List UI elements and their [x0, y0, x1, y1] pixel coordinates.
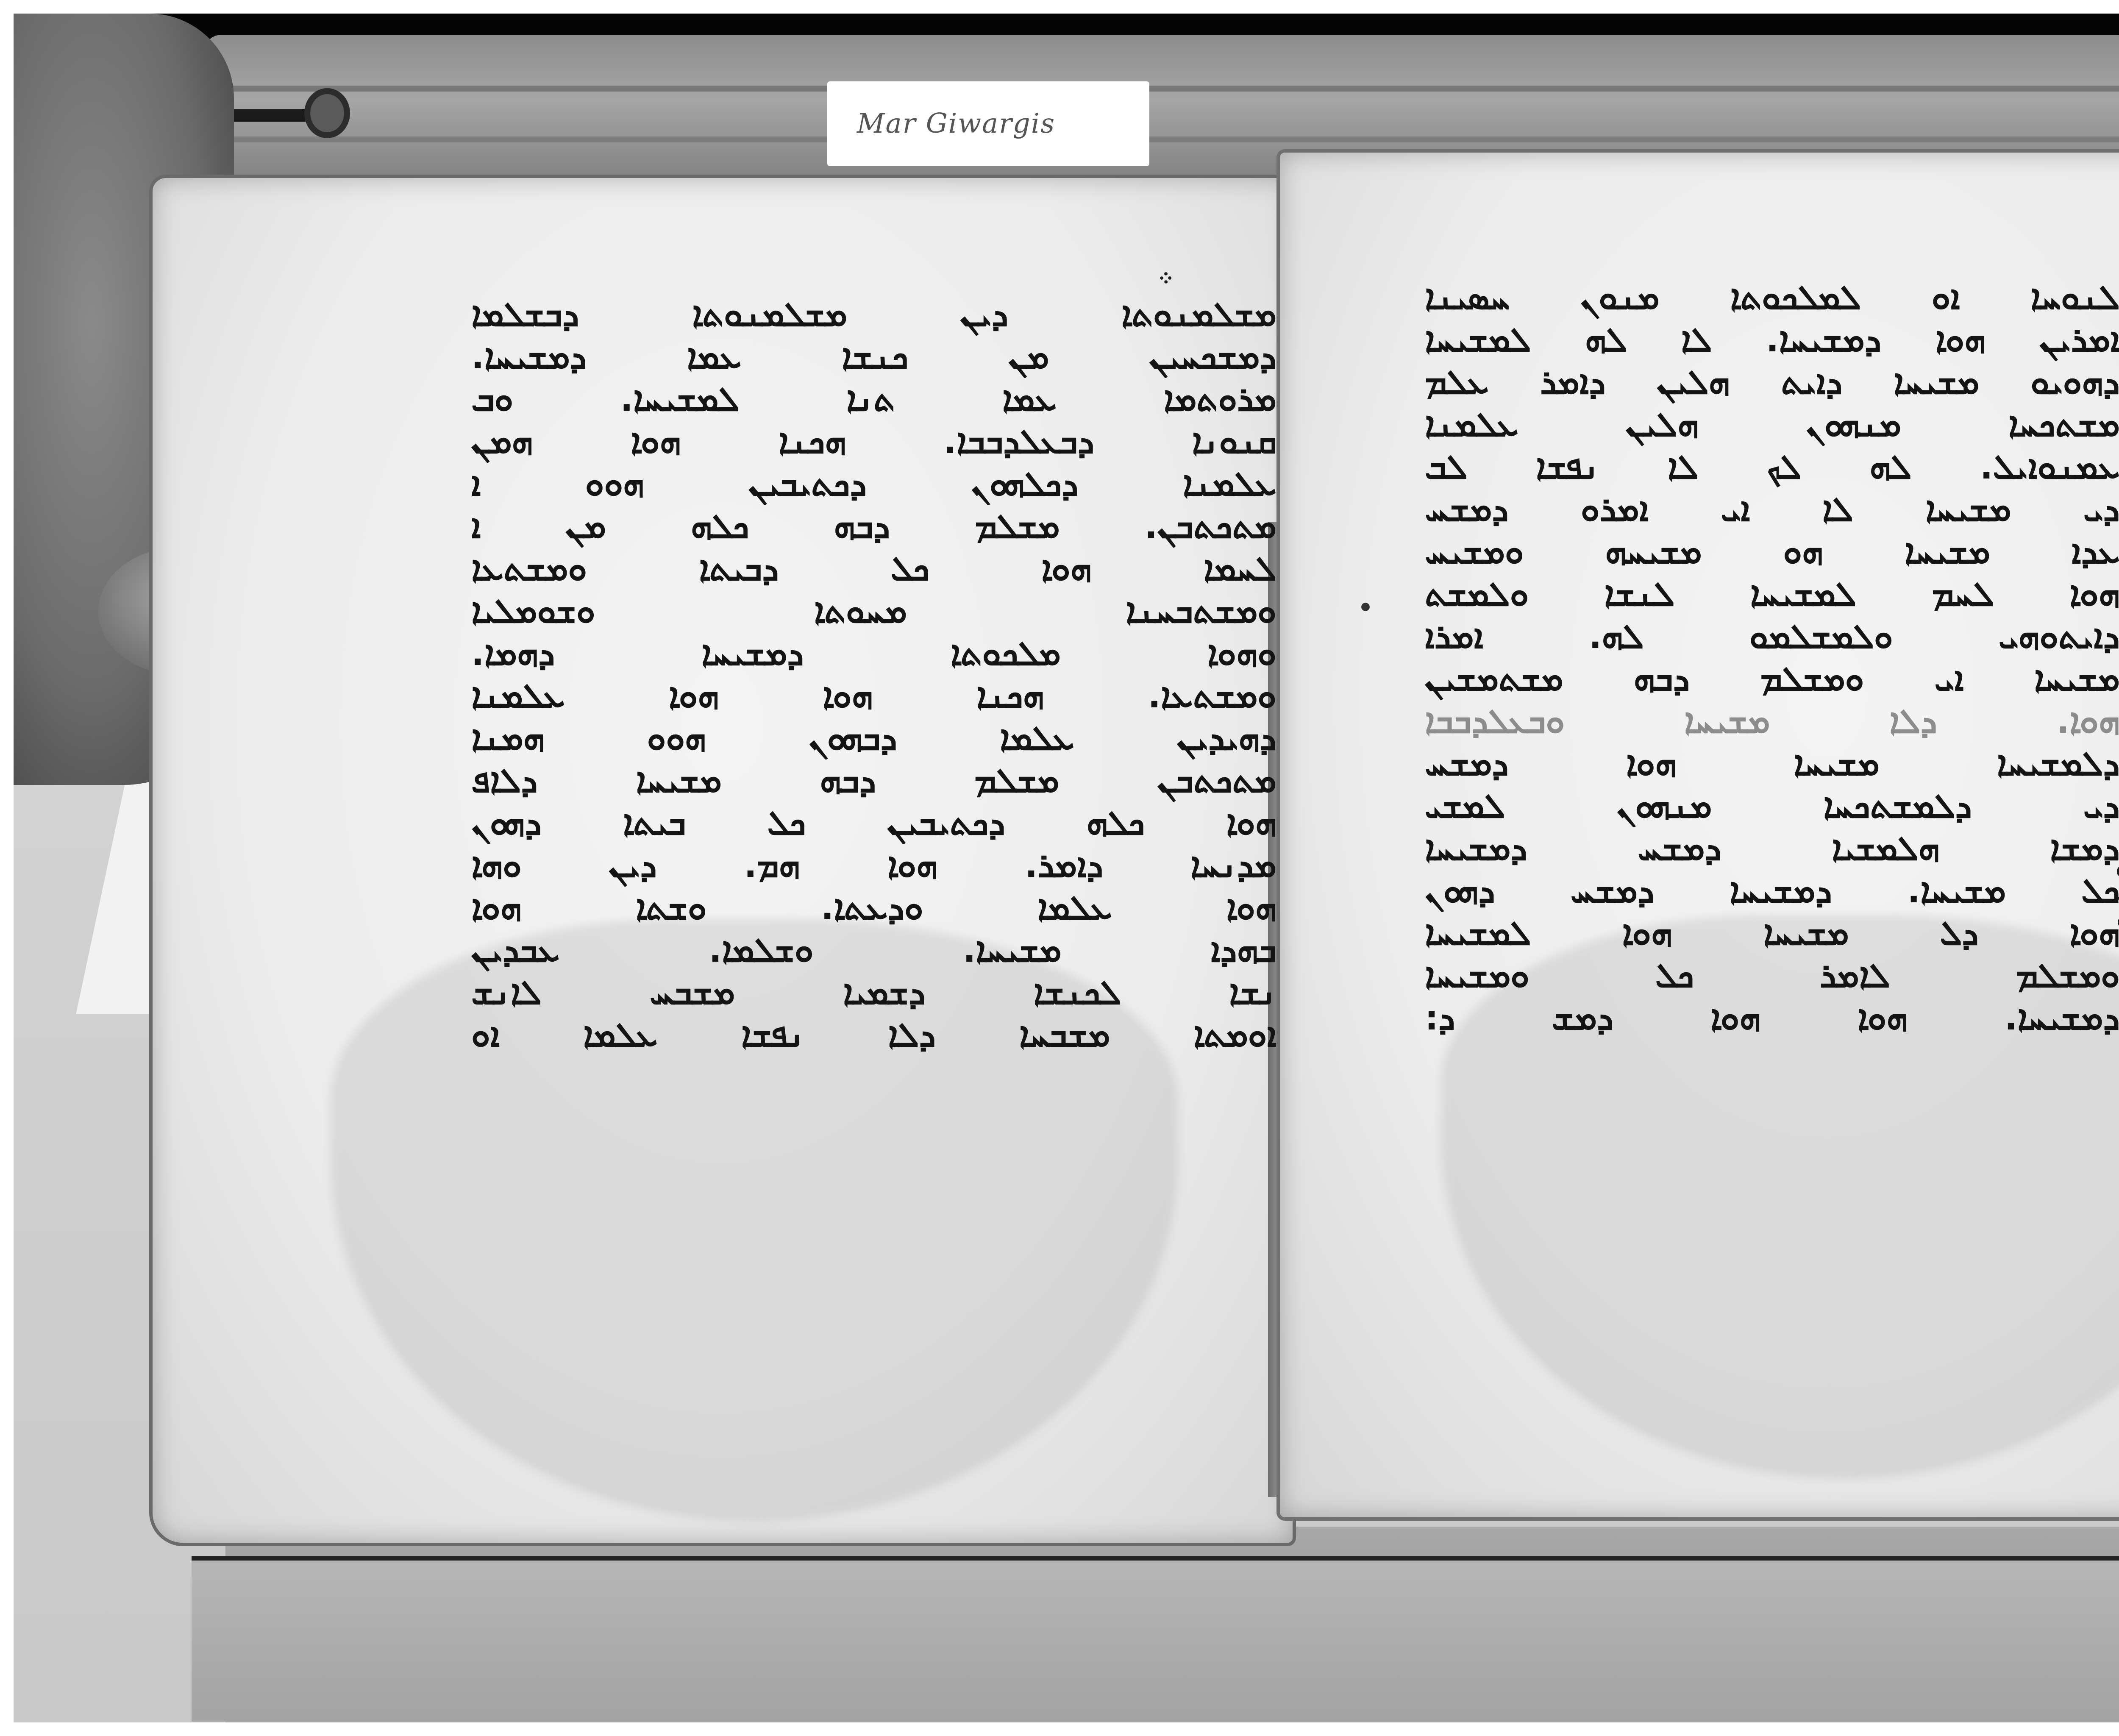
shelf-label: Mar Giwargis	[827, 81, 1149, 166]
text-line: ܩܢܘܢܐ ܕܒܥܠܕܒܒܐ. ܗܟܢܐ ܗܘܐ ܗܡܢ	[471, 420, 1276, 463]
ink-spot	[1361, 603, 1370, 611]
right-page-text: ܠܢܘܚܐ ܐܘ ܠܡܠܟܘܬܐ ܡܢܘܢ ܚܣܝܢܐ ܐܡܪܝܢ ܗܘܐ ܕܡ…	[1425, 276, 2119, 1039]
text-line: ܡܫܝܚܐ ܐܝ ܘܡܫܠܡ ܕܒܗ ܡܫܬܡܫܝܢ	[1425, 658, 2119, 700]
text-line: ܥܠܡܢܐ ܕܟܠܗܘܢ ܕܟܬܝܒܝܢ ܗܘܘ ܐ	[471, 463, 1276, 505]
text-line: ܥܕܐ ܡܫܝܚܐ ܗܘ ܡܫܝܚܗ ܘܡܫܝܚ	[1425, 531, 2119, 573]
text-line: ܕܡܫܐ ܗܠܡܫܝܐ ܕܡܫܚ ܕܡܫܝܚܐ	[1425, 827, 2119, 870]
text-line: ܡܬܟܬܒܢ ܡܫܠܡ ܕܒܗ ܡܫܝܚܐ ܕܠܐܦ	[471, 759, 1276, 802]
nail-head	[310, 94, 344, 132]
text-line: ܡܫܠܡܢܘܬܐ ܕܝܢ ܡܫܠܡܢܘܬܐ ܕܒܫܠܡܐ	[471, 293, 1276, 336]
text-line: ܘܡܫܬܥܐ. ܗܟܢܐ ܗܘܐ ܗܘܐ ܥܠܡܢܐ	[471, 675, 1276, 717]
text-line: ܠܚܡܐ ܗܘܐ ܟܠ ܕܒܝܬܐ ܘܡܫܬܥܐ	[471, 548, 1276, 590]
text-line: ܡܫܬܟܚܐ ܡܢܗܘܢ ܗܠܝܢ ܥܠܡܢܐ	[1425, 403, 2119, 446]
text-line: ܥܡܢܘܐܝܠ. ܠܗ ܠܟ ܠܐ ܢܦܫܐ ܠܒ	[1425, 446, 2119, 488]
text-line: ܗܘܐ ܟܠܗ ܕܟܬܝܒܝܢ ܟܠ ܒܝܬܐ ܕܗܘܢ	[471, 802, 1276, 844]
text-line: ܕܠܡܫܝܚܐ ܡܫܝܚܐ ܗܘܐ ܕܡܫܚ	[1425, 743, 2119, 785]
text-line-faint: ܗܘܐ. ܕܠܐ ܡܫܝܚܐ ܘܒܥܠܕܒܒܐ	[1425, 700, 2119, 743]
text-line: ܕܝ ܡܫܝܚܐ ܠܐ ܐܝ ܐܡܪܘ ܕܡܫܚ	[1425, 488, 2119, 531]
text-line: ܠܢܘܚܐ ܐܘ ܠܡܠܟܘܬܐ ܡܢܘܢ ܚܣܝܢܐ	[1425, 276, 2119, 319]
text-line: ܘܡܫܠܡ ܠܐܡܪ ܟܠ ܘܡܫܝܚܐ	[1425, 954, 2119, 997]
text-line: ܗܘܐ ܥܠܡܐ ܘܕܥܬܐ. ܘܫܬܐ ܗܘܐ	[471, 887, 1276, 929]
left-page-text: ܡܫܠܡܢܘܬܐ ܕܝܢ ܡܫܠܡܢܘܬܐ ܕܒܫܠܡܐ ܕܡܫܟܚܝܢ ܡܢ …	[471, 293, 1276, 1056]
text-line: ܗܘܐ ܕܠ ܡܫܝܚܐ ܗܘܐ ܠܡܫܝܚܐ	[1425, 912, 2119, 954]
text-line: ܕܡܫܝܚܐ. ܗܘܐ ܗܘܐ ܕܡܫ ܕ:	[1425, 997, 2119, 1039]
text-line: ܘܡܫܬܒܚܢܐ ܡܚܘܬܐ ܘܫܘܡܠܝܐ	[471, 590, 1276, 632]
text-line: ܐܡܪܝܢ ܗܘܐ ܕܡܫܝܚܐ. ܠܐ ܠܗ ܠܡܫܝܚܐ	[1425, 319, 2119, 361]
text-line: ܐܘܡܬܐ ܡܫܒܚܐ ܕܠܐ ܢܦܫܐ ܥܠܡܐ ܐܘ	[471, 1014, 1276, 1056]
text-line: ܕܡܫܟܚܝܢ ܡܢ ܟܢܫܐ ܥܡܐ ܕܡܫܝܚܐ.	[471, 336, 1276, 378]
text-line: ܟܠ ܡܫܝܚܐ. ܕܡܫܝܚܐ ܕܡܫܚ ܕܗܘܢ	[1425, 870, 2119, 912]
wood-grain	[204, 86, 2119, 92]
text-line: ܡܪܘܬܡܐ ܥܡܐ ܬܢܐ ܠܡܫܝܚܐ. ܘܒ	[471, 378, 1276, 420]
text-line: ܡܬܟܬܒܢ. ܡܫܠܡ ܕܒܗ ܟܠܗ ܡܢ ܐ	[471, 505, 1276, 548]
text-line: ܢܫܐ ܠܟܢܫܐ ܕܫܡܝܐ ܡܫܒܚ ܠܐܢܫ	[471, 971, 1276, 1014]
text-line: ܡܕܢܚܐ ܕܐܡܪ. ܗܘܐ ܗܡ. ܕܝܢ ܘܗܐ	[471, 844, 1276, 887]
text-line: ܕܐܝܬܘܗܝ ܘܠܡܫܠܡܘ ܠܗ. ܐܡܪܐ	[1425, 615, 2119, 658]
wood-grain	[204, 136, 2119, 142]
text-line: ܗܘܐ ܠܚܡ ܠܡܫܝܚܐ ܠܢܫܐ ܘܠܡܫܬ	[1425, 573, 2119, 615]
text-line: ܘܗܘܐ ܡܠܟܘܬܐ ܕܡܫܝܚܐ ܕܗܡܐ.	[471, 632, 1276, 675]
text-line: ܒܗܕܐ ܡܫܝܚܐ. ܘܫܠܡܐ. ܥܒܕܝܢ	[471, 929, 1276, 971]
wooden-board-front	[192, 1556, 2119, 1722]
manuscript-photograph: Mar Giwargis ܀ ܀ ܗ ܢ ܘ ܡܫܠܡܢܘܬܐ ܕܝܢ ܡܫܠܡ…	[14, 14, 2119, 1722]
text-line: ܕܝ ܕܠܡܫܬܟܚܐ ܡܢܗܘܢ ܠܡܫܝ	[1425, 785, 2119, 827]
text-line: ܕܗܝܕܝܢ ܥܠܡܐ ܕܒܗܘܢ ܗܘܘ ܗܡܢܐ	[471, 717, 1276, 759]
text-line: ܕܗܘܝܘ ܡܫܝܚܐ ܕܐܝܬ ܗܠܝܢ ܕܐܡܪ ܥܠܡ	[1425, 361, 2119, 403]
label-text: Mar Giwargis	[857, 108, 1055, 139]
corner-mark: ܀	[1153, 263, 1178, 288]
